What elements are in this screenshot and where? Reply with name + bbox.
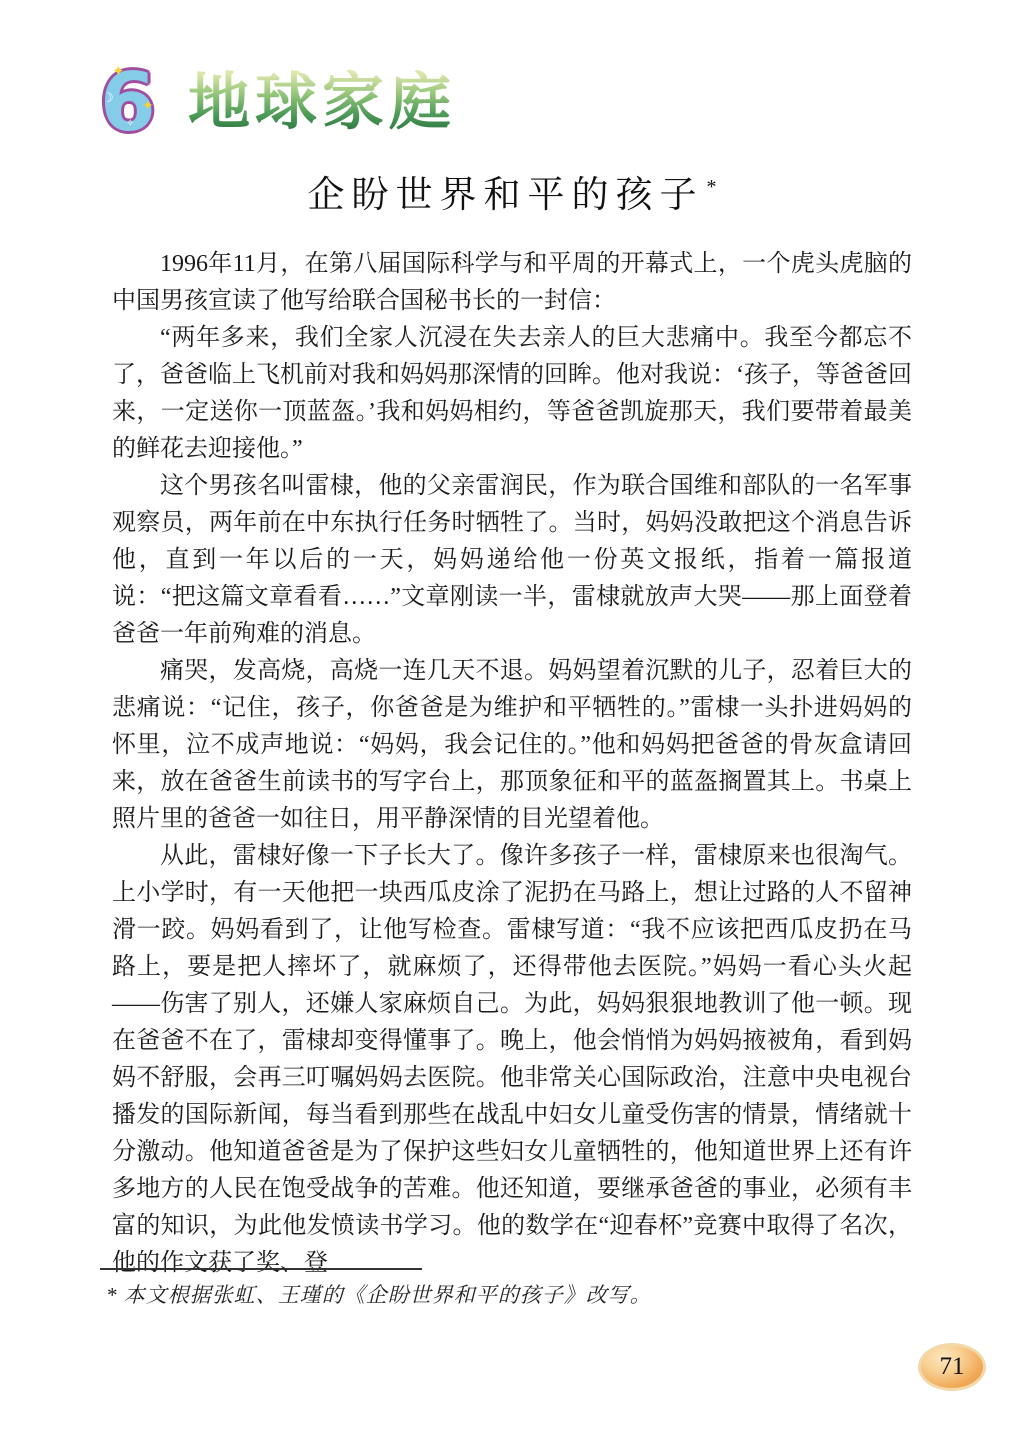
page-number: 71 bbox=[940, 1353, 965, 1381]
footnote-asterisk: * bbox=[106, 1283, 118, 1307]
article-body: 1996年11月，在第八届国际科学与和平周的开幕式上，一个虎头虎脑的中国男孩宣读… bbox=[112, 246, 912, 1282]
footnote-text: * 本文根据张虹、王瑾的《企盼世界和平的孩子》改写。 bbox=[106, 1279, 924, 1309]
page-number-badge: 71 bbox=[918, 1343, 986, 1391]
body-paragraph: 痛哭，发高烧，高烧一连几天不退。妈妈望着沉默的儿子，忍着巨大的悲痛说：“记住，孩… bbox=[112, 653, 912, 838]
footnote-body: 本文根据张虹、王瑾的《企盼世界和平的孩子》改写。 bbox=[124, 1283, 652, 1307]
footnote-divider bbox=[100, 1268, 422, 1270]
unit-title: 地球家庭 bbox=[188, 60, 456, 144]
textbook-page: 6 ✦ ☽ ✦ ✧ 地球家庭 企盼世界和平的孩子* 1996年11月，在第八届国… bbox=[0, 0, 1024, 1439]
body-paragraph: “两年多来，我们全家人沉浸在失去亲人的巨大悲痛中。我至今都忘不了，爸爸临上飞机前… bbox=[112, 320, 912, 468]
unit-number-badge: 6 ✦ ☽ ✦ ✧ bbox=[100, 60, 172, 148]
body-paragraph: 1996年11月，在第八届国际科学与和平周的开幕式上，一个虎头虎脑的中国男孩宣读… bbox=[112, 246, 912, 320]
title-footnote-marker: * bbox=[707, 176, 717, 198]
body-paragraph: 从此，雷棣好像一下子长大了。像许多孩子一样，雷棣原来也很淘气。上小学时，有一天他… bbox=[112, 838, 912, 1282]
lesson-title-text: 企盼世界和平的孩子 bbox=[308, 175, 704, 216]
lesson-title: 企盼世界和平的孩子* bbox=[0, 164, 1024, 218]
body-paragraph: 这个男孩名叫雷棣，他的父亲雷润民，作为联合国维和部队的一名军事观察员，两年前在中… bbox=[112, 468, 912, 653]
footnote: * 本文根据张虹、王瑾的《企盼世界和平的孩子》改写。 bbox=[100, 1268, 924, 1309]
unit-number: 6 bbox=[100, 56, 156, 149]
unit-header: 6 ✦ ☽ ✦ ✧ 地球家庭 bbox=[100, 60, 456, 148]
